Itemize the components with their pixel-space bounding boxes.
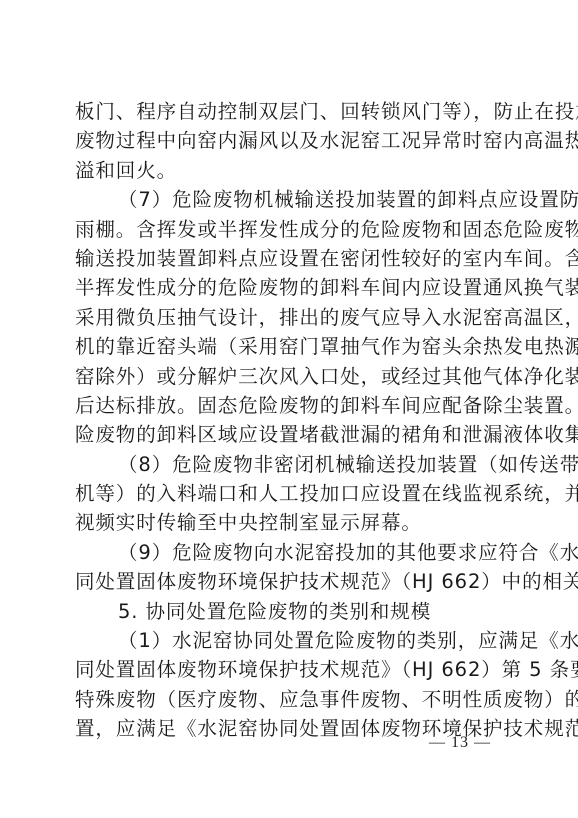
paragraph-1-start: （1）水泥窑协同处置危险废物的类别，应满足《水泥窑协 (75, 626, 507, 655)
text-line: 半挥发性成分的危险废物的卸料车间内应设置通风换气装置并 (75, 273, 507, 302)
page-number: — 13 — (420, 734, 500, 752)
body-text: 板门、程序自动控制双层门、回转锁风门等），防止在投加危险 废物过程中向窑内漏风以… (75, 97, 507, 744)
text-line: 后达标排放。固态危险废物的卸料车间应配备除尘装置。液态危 (75, 391, 507, 420)
text-line: 险废物的卸料区域应设置堵截泄漏的裙角和泄漏液体收集装置。 (75, 420, 507, 449)
paragraph-8-start: （8）危险废物非密闭机械输送投加装置（如传送带、提升 (75, 450, 507, 479)
text-line: 特殊废物（医疗废物、应急事件废物、不明性质废物）的协同处 (75, 685, 507, 714)
text-line: 同处置固体废物环境保护技术规范》（HJ 662）第 5 条要求；对 (75, 655, 507, 684)
section-heading: 5. 协同处置危险废物的类别和规模 (75, 597, 507, 626)
text-line: 同处置固体废物环境保护技术规范》（HJ 662）中的相关规定。 (75, 567, 507, 596)
paragraph-9-start: （9）危险废物向水泥窑投加的其他要求应符合《水泥窑协 (75, 538, 507, 567)
text-line: 窑除外）或分解炉三次风入口处，或经过其他气体净化装置处理 (75, 362, 507, 391)
text-line: 板门、程序自动控制双层门、回转锁风门等），防止在投加危险 (75, 97, 507, 126)
text-line: 雨棚。含挥发或半挥发性成分的危险废物和固态危险废物的机械 (75, 215, 507, 244)
text-line: 废物过程中向窑内漏风以及水泥窑工况异常时窑内高温热风外 (75, 126, 507, 155)
text-line: 视频实时传输至中央控制室显示屏幕。 (75, 508, 507, 537)
text-line: 溢和回火。 (75, 156, 507, 185)
text-line: 机等）的入料端口和人工投加口应设置在线监视系统，并将监视 (75, 479, 507, 508)
paragraph-7-start: （7）危险废物机械输送投加装置的卸料点应设置防风、防 (75, 185, 507, 214)
text-line: 采用微负压抽气设计，排出的废气应导入水泥窑高温区，如篦冷 (75, 303, 507, 332)
document-page: 板门、程序自动控制双层门、回转锁风门等），防止在投加危险 废物过程中向窑内漏风以… (0, 0, 578, 818)
text-line: 机的靠近窑头端（采用窑门罩抽气作为窑头余热发电热源的水泥 (75, 332, 507, 361)
text-line: 输送投加装置卸料点应设置在密闭性较好的室内车间。含挥发或 (75, 244, 507, 273)
